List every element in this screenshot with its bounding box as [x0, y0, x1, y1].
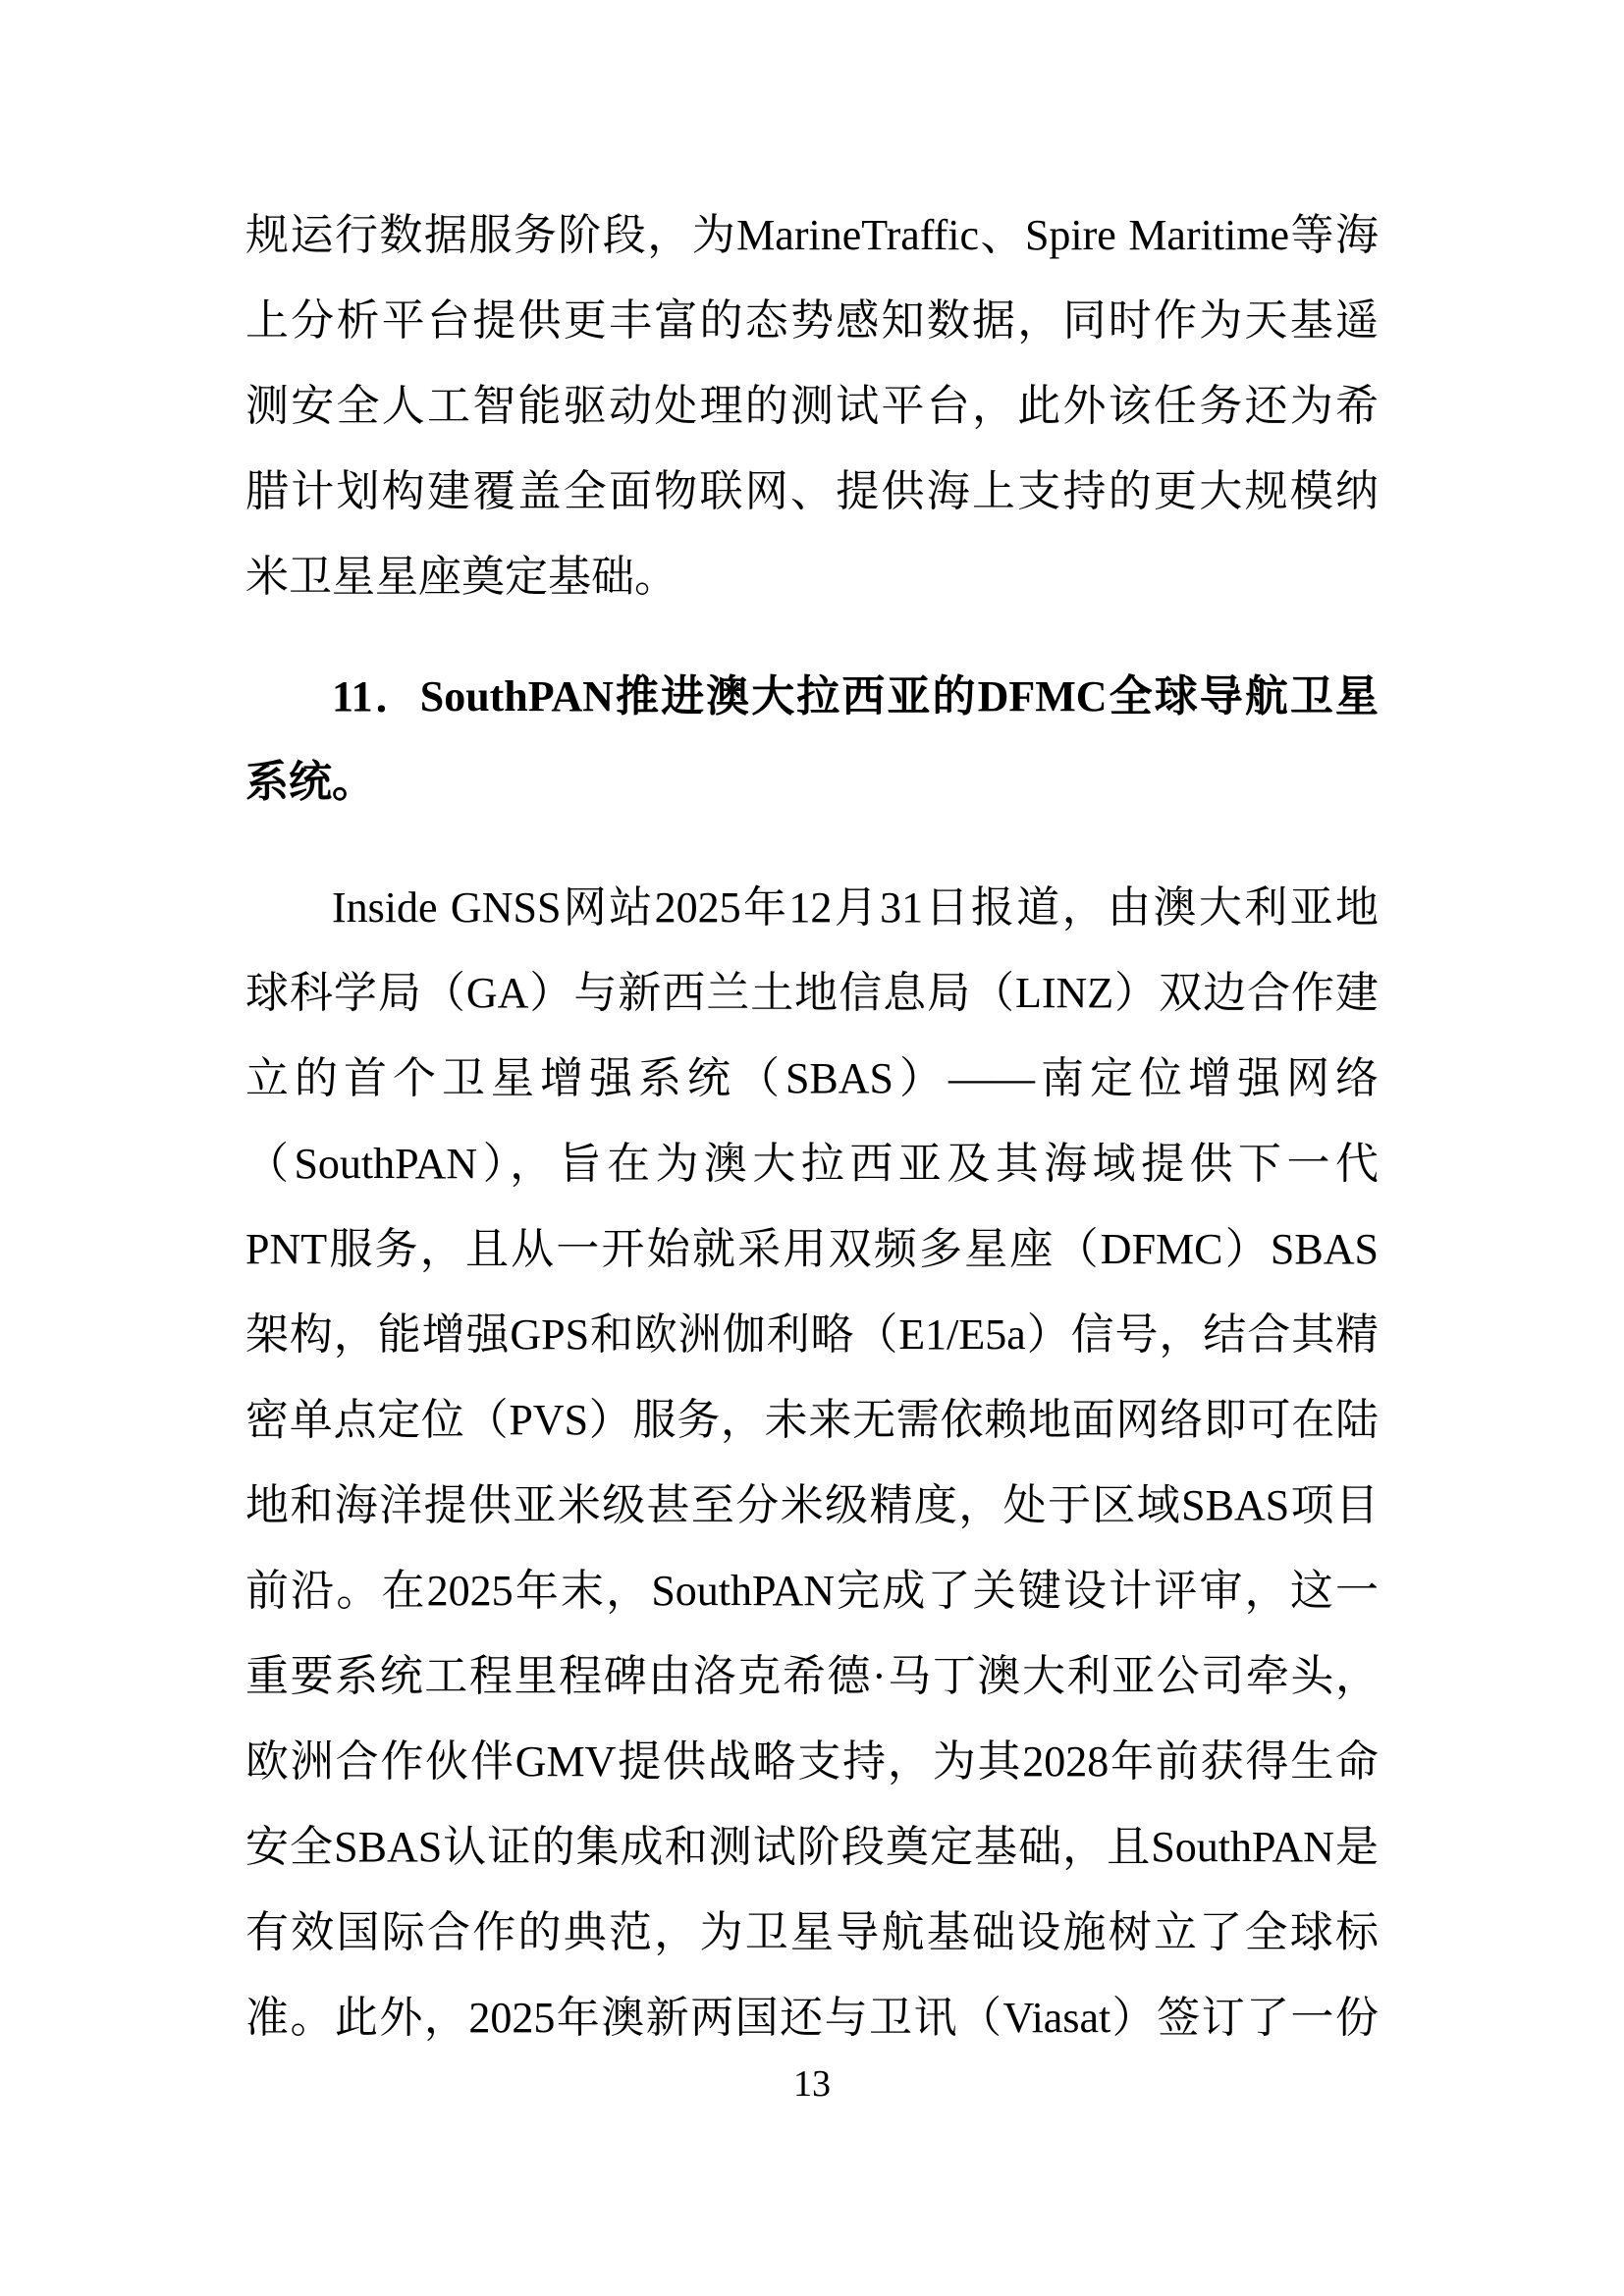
para2-line: 前沿。在2025年末，SouthPAN完成了关键设计评审，这一: [245, 1548, 1379, 1633]
section-heading: 11．SouthPAN推进澳大拉西亚的DFMC全球导航卫星 系统。: [245, 654, 1379, 825]
section-heading-line: 11．SouthPAN推进澳大拉西亚的DFMC全球导航卫星: [245, 654, 1379, 739]
para1-line: 腊计划构建覆盖全面物联网、提供海上支持的更大规模纳: [245, 449, 1379, 534]
para2-line: Inside GNSS网站2025年12月31日报道，由澳大利亚地: [245, 865, 1379, 950]
para2-line: PNT服务，且从一开始就采用双频多星座（DFMC）SBAS: [245, 1206, 1379, 1292]
para1-line: 规运行数据服务阶段，为MarineTraffic、Spire Maritime等…: [245, 192, 1379, 278]
para2-line: 有效国际合作的典范，为卫星导航基础设施树立了全球标: [245, 1890, 1379, 1975]
page-number: 13: [0, 2060, 1624, 2108]
paragraph-1: 规运行数据服务阶段，为MarineTraffic、Spire Maritime等…: [245, 192, 1379, 619]
document-body: 规运行数据服务阶段，为MarineTraffic、Spire Maritime等…: [245, 192, 1379, 2060]
para2-line: 准。此外，2025年澳新两国还与卫讯（Viasat）签订了一份: [245, 1975, 1379, 2060]
paragraph-2: Inside GNSS网站2025年12月31日报道，由澳大利亚地 球科学局（G…: [245, 865, 1379, 2060]
para2-line: 立的首个卫星增强系统（SBAS）——南定位增强网络: [245, 1036, 1379, 1121]
para2-line: 安全SBAS认证的集成和测试阶段奠定基础，且SouthPAN是: [245, 1804, 1379, 1890]
para2-line: 重要系统工程里程碑由洛克希德·马丁澳大利亚公司牵头，: [245, 1633, 1379, 1719]
para2-line: 密单点定位（PVS）服务，未来无需依赖地面网络即可在陆: [245, 1377, 1379, 1463]
para2-line: 地和海洋提供亚米级甚至分米级精度，处于区域SBAS项目: [245, 1463, 1379, 1548]
para1-line: 米卫星星座奠定基础。: [245, 534, 1379, 619]
para2-line: 球科学局（GA）与新西兰土地信息局（LINZ）双边合作建: [245, 950, 1379, 1036]
section-heading-line: 系统。: [245, 739, 1379, 825]
para2-line: （SouthPAN），旨在为澳大拉西亚及其海域提供下一代: [245, 1121, 1379, 1206]
para2-line: 欧洲合作伙伴GMV提供战略支持，为其2028年前获得生命: [245, 1719, 1379, 1804]
document-page: 规运行数据服务阶段，为MarineTraffic、Spire Maritime等…: [0, 0, 1624, 2296]
para1-line: 测安全人工智能驱动处理的测试平台，此外该任务还为希: [245, 363, 1379, 449]
para2-line: 架构，能增强GPS和欧洲伽利略（E1/E5a）信号，结合其精: [245, 1292, 1379, 1377]
para1-line: 上分析平台提供更丰富的态势感知数据，同时作为天基遥: [245, 278, 1379, 363]
